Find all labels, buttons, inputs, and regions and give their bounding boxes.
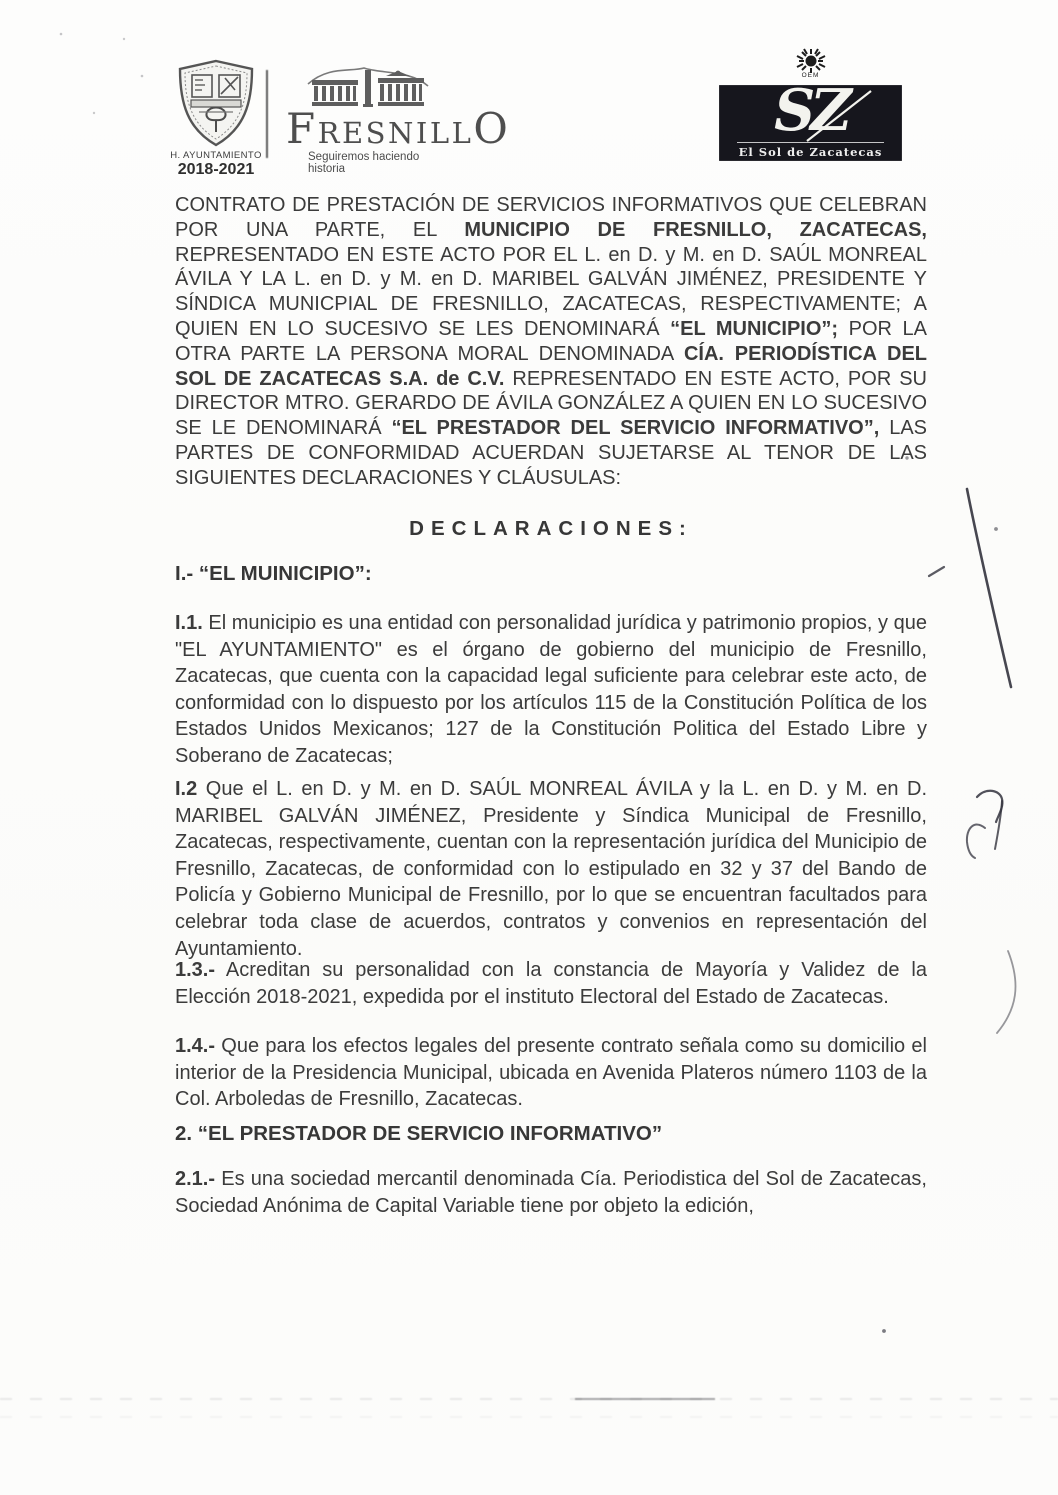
- crest-years: 2018-2021: [168, 161, 264, 179]
- fresnillo-tagline: Seguiremos haciendo historia: [308, 151, 456, 175]
- crest-caption: H. AYUNTAMIENTO: [168, 150, 264, 161]
- sol-de-zacatecas-logo: OEM SZ El Sol de Zacatecas: [719, 48, 902, 161]
- sz-caption: El Sol de Zacatecas: [719, 145, 902, 159]
- colonnade-monument-icon: [306, 62, 430, 112]
- scan-artifact-line-faint: [0, 1416, 1058, 1418]
- clause-1-1: I.1. El municipio es una entidad con per…: [175, 610, 927, 770]
- fresnillo-logo: FRESNILLO Seguiremos haciendo historia: [286, 62, 456, 175]
- declaraciones-heading: DECLARACIONES:: [175, 517, 927, 541]
- sz-divider-rule: [737, 142, 884, 143]
- intro-paragraph: CONTRATO DE PRESTACIÓN DE SERVICIOS INFO…: [175, 193, 927, 491]
- sz-monogram-box: SZ El Sol de Zacatecas: [719, 85, 902, 161]
- clause-1-4: 1.4.- Que para los efectos legales del p…: [175, 1033, 927, 1113]
- scan-artifact-dark-segment: [575, 1398, 715, 1400]
- scanned-contract-page: H. AYUNTAMIENTO 2018-2021 FRESNILLO Segu…: [0, 0, 1058, 1495]
- clause-1-2: I.2 Que el L. en D. y M. en D. SAÚL MONR…: [175, 776, 927, 962]
- section-2-heading: 2. “EL PRESTADOR DE SERVICIO INFORMATIVO…: [175, 1122, 927, 1146]
- header-divider: [266, 70, 268, 158]
- oem-sun-icon: [794, 48, 828, 74]
- municipal-coat-of-arms: H. AYUNTAMIENTO 2018-2021: [168, 58, 264, 179]
- clause-2-1: 2.1.- Es una sociedad mercantil denomina…: [175, 1166, 927, 1219]
- section-1-heading: I.- “EL MUINICIPIO”:: [175, 562, 927, 586]
- fresnillo-wordmark: FRESNILLO: [286, 108, 456, 150]
- scan-artifact-line: [0, 1398, 1058, 1400]
- coat-of-arms-icon: [175, 58, 257, 148]
- clause-1-3: 1.3.- Acreditan su personalidad con la c…: [175, 957, 927, 1010]
